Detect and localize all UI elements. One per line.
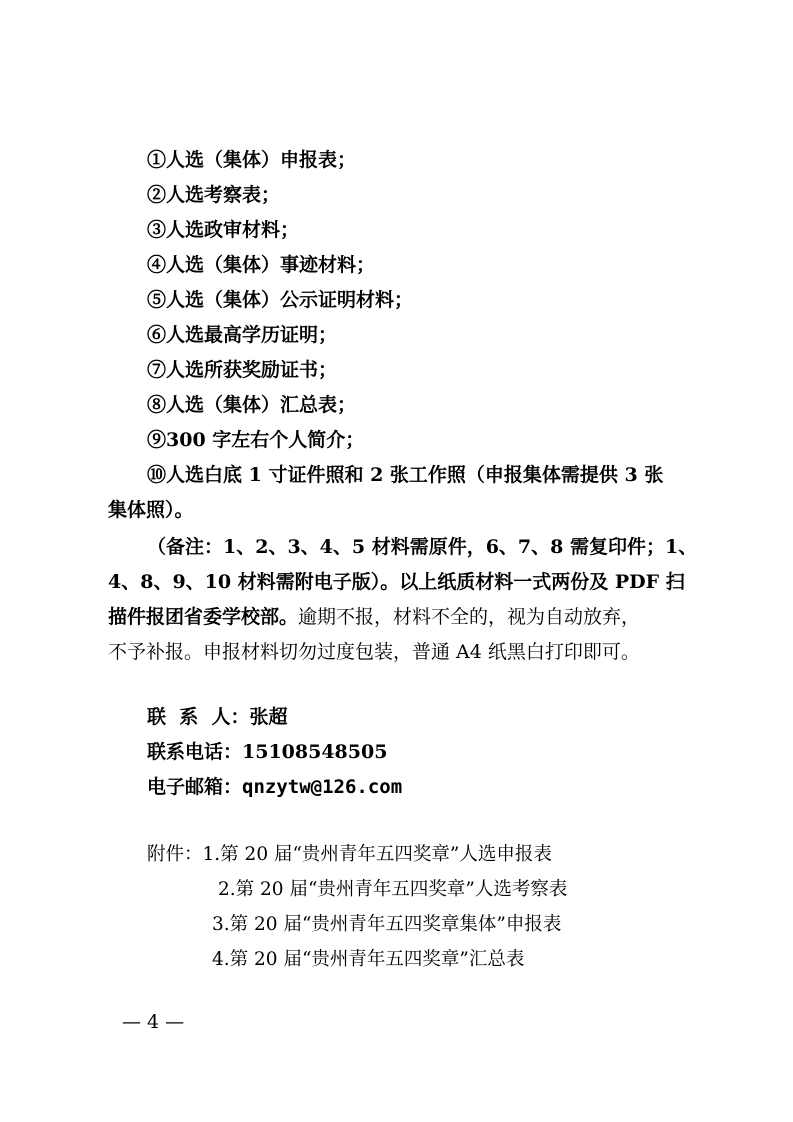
contact-person-label: 联 系 人： [147, 706, 249, 728]
attachment-item: 3.第 20 届“贵州青年五四奖章集体”申报表 [212, 913, 561, 937]
contact-phone-label: 联系电话： [147, 741, 242, 763]
item-text: 人选白底 1 寸证件照和 2 张工作照（申报集体需提供 3 张 [166, 464, 663, 486]
item-marker: ② [147, 184, 166, 206]
item-text: 300 字左右个人简介； [166, 429, 364, 451]
note-line: 不予补报。申报材料切勿过度包装，普通 A4 纸黑白打印即可。 [108, 640, 640, 664]
item-text: 人选最高学历证明； [166, 324, 337, 346]
item-marker: ⑦ [147, 359, 166, 381]
list-item: ④人选（集体）事迹材料； [147, 253, 375, 277]
item-text: 人选（集体）汇总表； [166, 394, 356, 416]
attachments-label: 附件： [147, 844, 203, 865]
list-item: ③人选政审材料； [147, 218, 299, 242]
item-marker: ⑨ [147, 429, 166, 451]
contact-person: 联 系 人：张超 [147, 705, 287, 729]
attachment-item: 2.第 20 届“贵州青年五四奖章”人选考察表 [218, 878, 567, 902]
item-text: 人选所获奖励证书； [166, 359, 337, 381]
item-marker: ⑧ [147, 394, 166, 416]
list-item: ⑦人选所获奖励证书； [147, 358, 337, 382]
item-text: 人选考察表； [166, 184, 280, 206]
contact-phone-value: 15108548505 [242, 741, 387, 763]
note-bold-text: 描件报团省委学校部。 [108, 606, 298, 628]
note-line: （备注：1、2、3、4、5 材料需原件，6、7、8 需复印件；1、 [147, 535, 697, 559]
attachment-item: 4.第 20 届“贵州青年五四奖章”汇总表 [212, 948, 524, 972]
item-text: 人选（集体）事迹材料； [166, 254, 375, 276]
note-line: 描件报团省委学校部。逾期不报，材料不全的，视为自动放弃， [108, 605, 640, 629]
list-item: ⑩人选白底 1 寸证件照和 2 张工作照（申报集体需提供 3 张 [147, 463, 663, 487]
contact-email-value: qnzytw@126.com [242, 776, 402, 798]
attachment-item: 附件：1.第 20 届“贵州青年五四奖章”人选申报表 [147, 843, 552, 867]
contact-phone: 联系电话：15108548505 [147, 740, 387, 764]
list-item: ②人选考察表； [147, 183, 280, 207]
list-item-continuation: 集体照）。 [108, 498, 194, 522]
item-marker: ① [147, 149, 166, 171]
note-regular-text: 逾期不报，材料不全的，视为自动放弃， [298, 606, 640, 628]
contact-email: 电子邮箱：qnzytw@126.com [147, 775, 402, 799]
item-marker: ⑥ [147, 324, 166, 346]
page-number: — 4 — [122, 1010, 184, 1034]
contact-person-value: 张超 [249, 706, 287, 728]
item-marker: ③ [147, 219, 166, 241]
item-marker: ④ [147, 254, 166, 276]
list-item: ⑨300 字左右个人简介； [147, 428, 364, 452]
list-item: ①人选（集体）申报表； [147, 148, 356, 172]
item-marker: ⑤ [147, 289, 166, 311]
note-line: 4、8、9、10 材料需附电子版）。以上纸质材料一式两份及 PDF 扫 [108, 570, 685, 594]
list-item: ⑤人选（集体）公示证明材料； [147, 288, 413, 312]
attachment-text: 1.第 20 届“贵州青年五四奖章”人选申报表 [203, 844, 552, 865]
item-text: 人选（集体）申报表； [166, 149, 356, 171]
contact-email-label: 电子邮箱： [147, 776, 242, 798]
list-item: ⑧人选（集体）汇总表； [147, 393, 356, 417]
item-marker: ⑩ [147, 464, 166, 486]
list-item: ⑥人选最高学历证明； [147, 323, 337, 347]
item-text: 人选政审材料； [166, 219, 299, 241]
item-text: 人选（集体）公示证明材料； [166, 289, 413, 311]
